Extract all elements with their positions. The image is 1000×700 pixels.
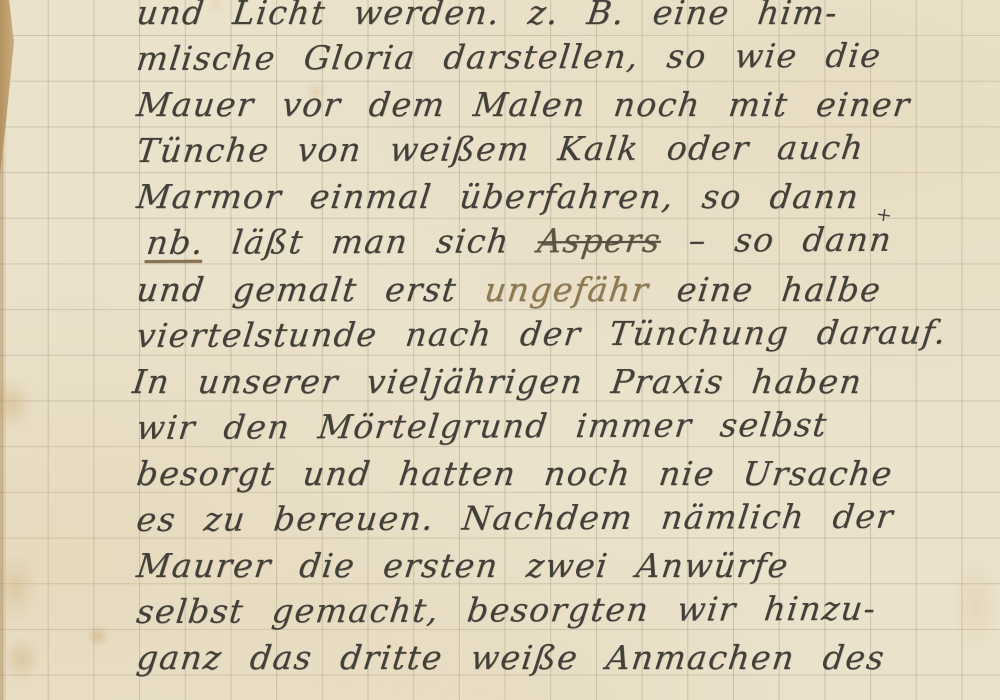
age-stain — [0, 540, 44, 635]
struck-word: Aspers — [536, 221, 664, 261]
handwriting-line-11: besorgt und hatten noch nie Ursache — [134, 451, 1000, 497]
handwriting-block: und Licht werden. z. B. eine him- mlisch… — [134, 0, 994, 681]
handwriting-line-10: wir den Mörtelgrund immer selbst — [134, 401, 1000, 451]
age-stain — [0, 628, 48, 690]
age-stain — [84, 622, 112, 650]
handwriting-line-12: es zu bereuen. Nachdem nämlich der — [134, 493, 1000, 543]
age-stain — [0, 368, 42, 440]
handwriting-line-2: mlische Gloria darstellen, so wie die — [134, 32, 1000, 82]
handwriting-line-14: selbst gemacht, besorgten wir hinzu- — [134, 585, 1000, 635]
line-text: eine halbe — [647, 270, 884, 309]
handwriting-line-15: ganz das dritte weiße Anmachen des — [134, 635, 1000, 681]
page-corner-tear — [0, 0, 16, 175]
line-text: – so dann — [659, 220, 895, 260]
line-text: läßt man sich — [202, 222, 540, 262]
handwriting-line-9: In unserer vieljährigen Praxis haben — [130, 359, 1000, 405]
insertion-mark: + — [875, 203, 894, 227]
handwriting-line-4: Tünche von weißem Kalk oder auch — [134, 125, 1000, 175]
underlined-abbreviation: nb. — [144, 223, 206, 262]
line-text: und gemalt erst — [135, 270, 488, 309]
manuscript-page-photo: und Licht werden. z. B. eine him- mlisch… — [0, 0, 1000, 700]
handwriting-line-3: Mauer vor dem Malen noch mit einer — [134, 82, 1000, 128]
handwriting-line-6: nb. läßt man sich Aspers – so dann — [144, 217, 1000, 267]
faded-ink-word: ungefähr — [483, 270, 652, 309]
handwriting-line-1: und Licht werden. z. B. eine him- — [134, 0, 1000, 36]
handwriting-line-5: Marmor einmal überfahren, so dann — [134, 174, 1000, 220]
handwriting-line-8: viertelstunde nach der Tünchung darauf. — [134, 309, 1000, 359]
handwriting-line-7: und gemalt erst ungefähr eine halbe — [134, 267, 1000, 313]
handwriting-line-13: Maurer die ersten zwei Anwürfe — [134, 543, 1000, 589]
